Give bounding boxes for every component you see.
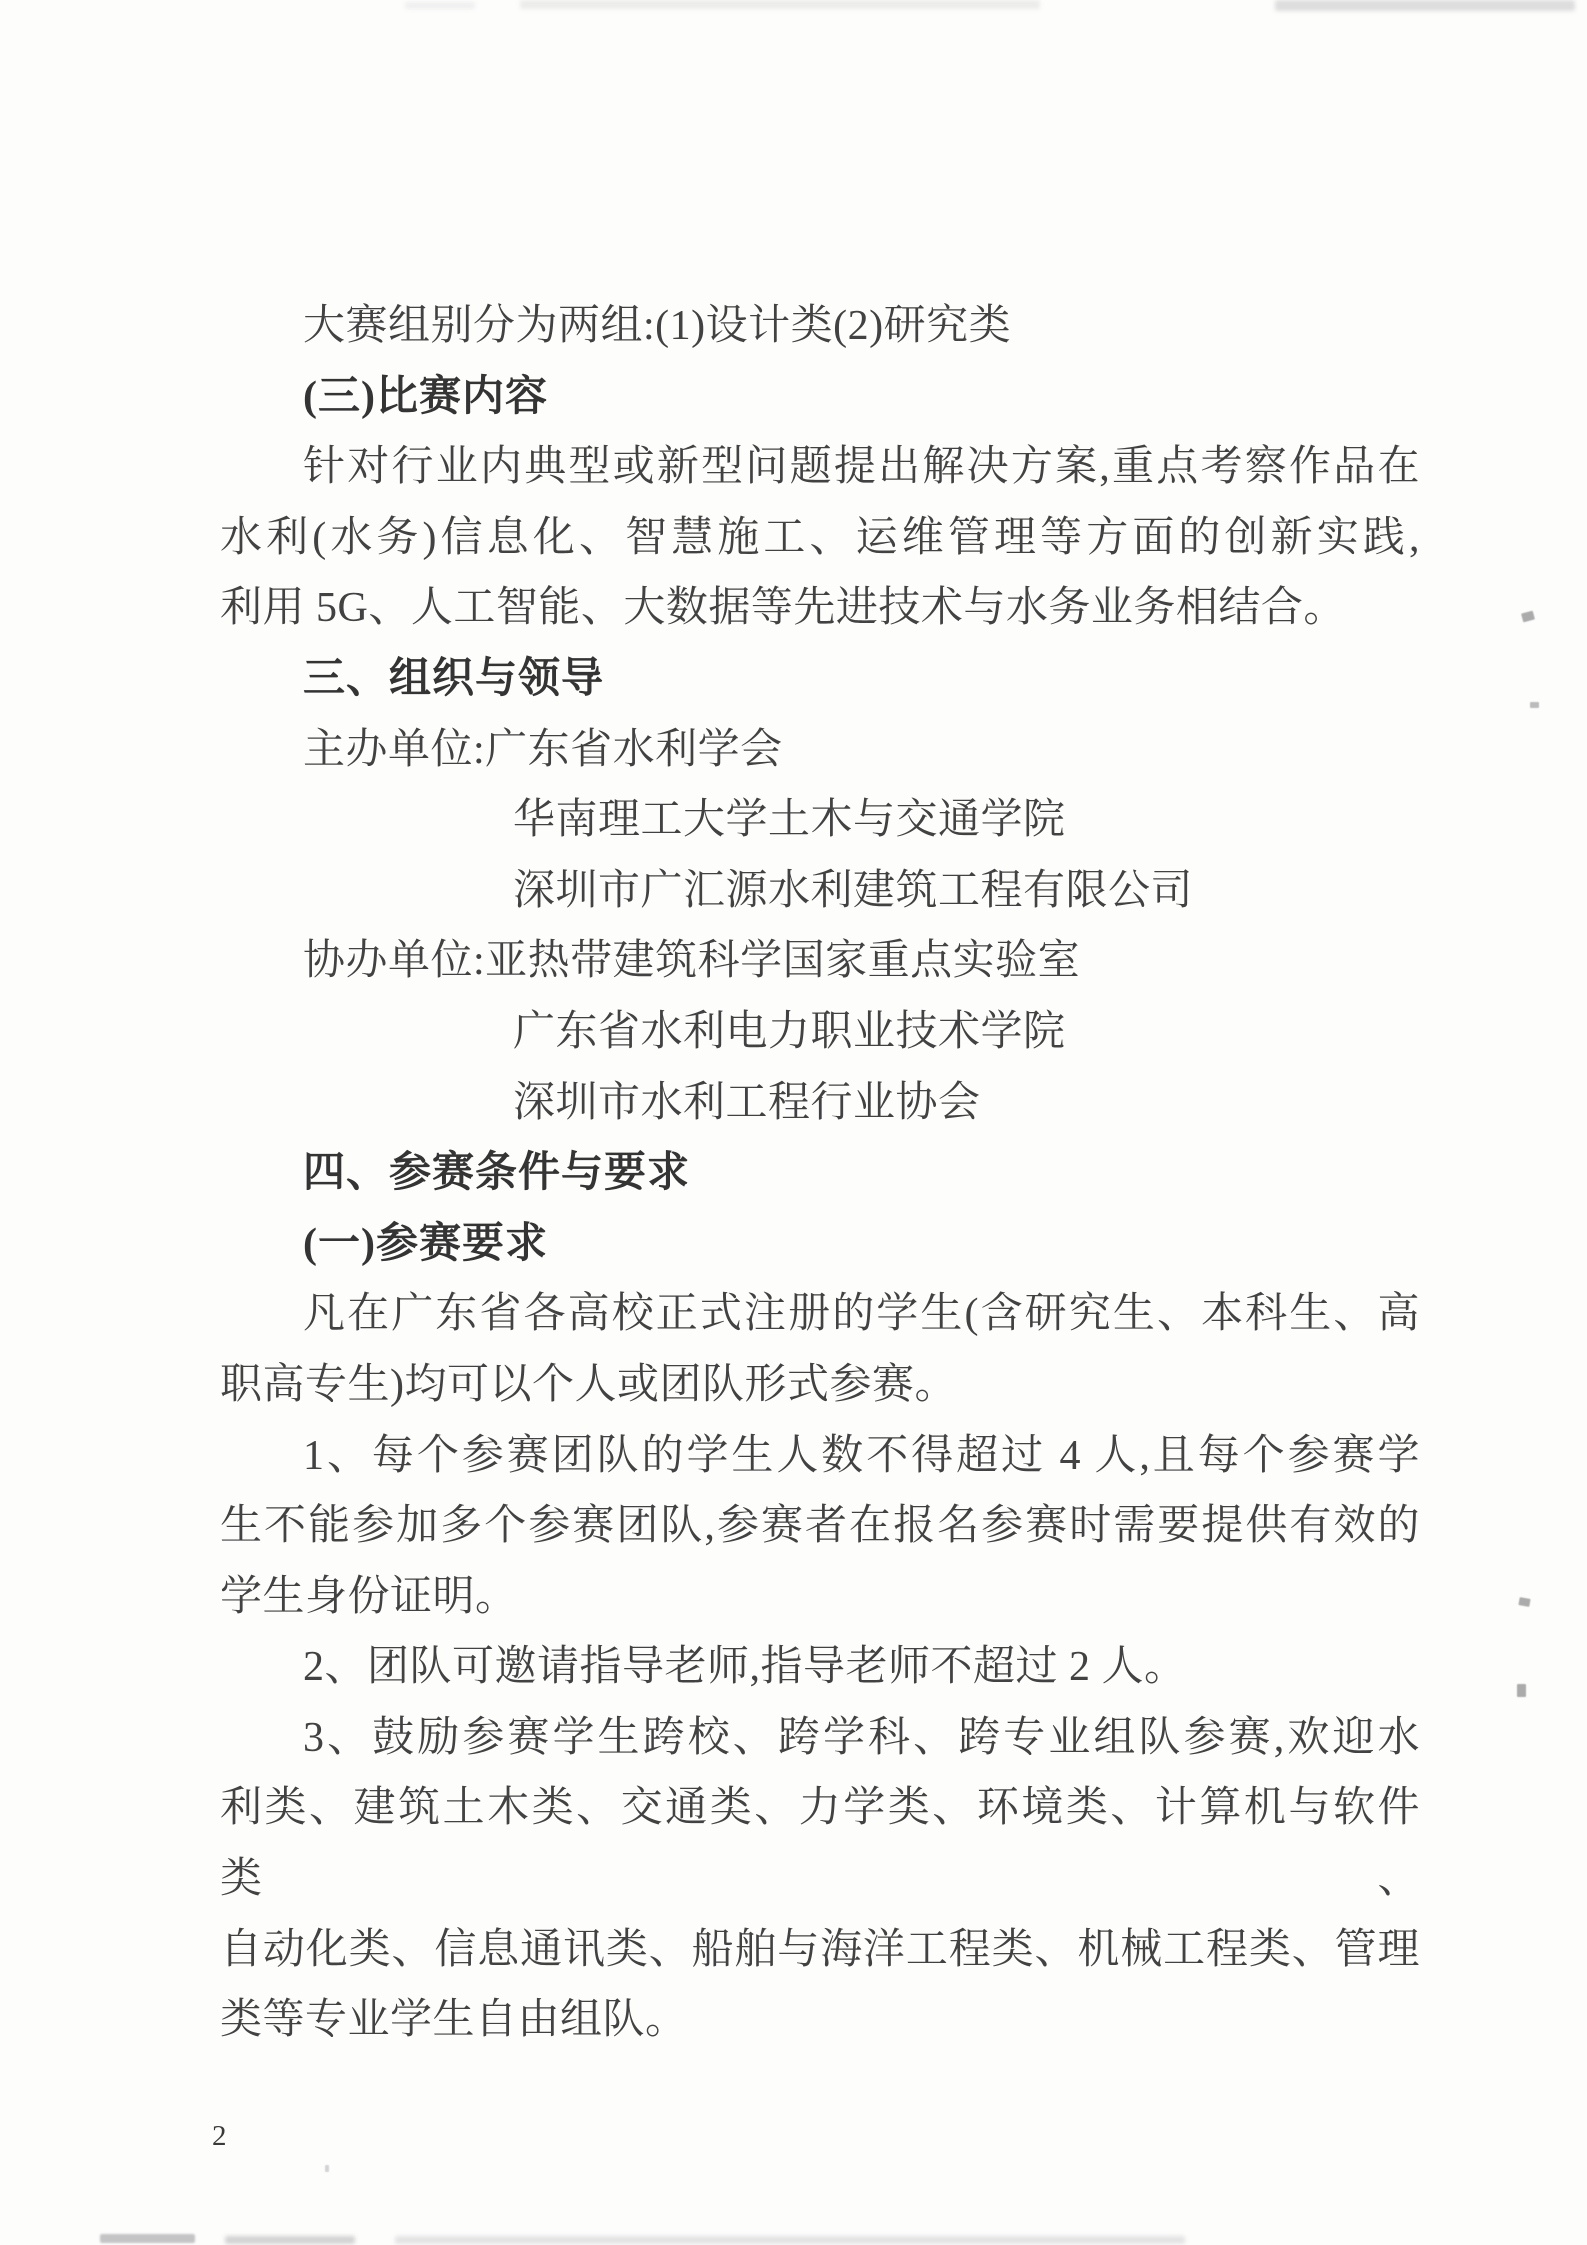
para-rule3-line: 类等专业学生自由组队。 [220,1985,1420,2056]
line-host-unit: 深圳市广汇源水利建筑工程有限公司 [220,856,1420,927]
scan-artifact-bottom [395,2236,1185,2244]
scan-artifact-top [405,2,475,9]
para-competition-content-line: 针对行业内典型或新型问题提出解决方案,重点考察作品在 [220,432,1420,503]
para-eligibility-line: 凡在广东省各高校正式注册的学生(含研究生、本科生、高 [220,1279,1420,1350]
para-eligibility-line: 职高专生)均可以个人或团队形式参赛。 [220,1350,1420,1421]
para-rule3-line: 3、鼓励参赛学生跨校、跨学科、跨专业组队参赛,欢迎水 [220,1703,1420,1774]
para-competition-content-line: 利用 5G、人工智能、大数据等先进技术与水务业务相结合。 [220,573,1420,644]
line-co-organizer-unit: 广东省水利电力职业技术学院 [220,997,1420,1068]
line-group-division: 大赛组别分为两组:(1)设计类(2)研究类 [220,291,1420,362]
scan-artifact-top [520,0,1040,9]
scan-speck [1521,611,1535,623]
heading-entry-conditions: 四、参赛条件与要求 [220,1138,1420,1209]
para-rule3-line: 利类、建筑土木类、交通类、力学类、环境类、计算机与软件类、 [220,1773,1420,1914]
scan-speck [1530,702,1539,708]
scan-artifact-bottom [100,2234,195,2243]
line-host-units: 主办单位:广东省水利学会 [220,715,1420,786]
line-co-organizer-unit: 深圳市水利工程行业协会 [220,1068,1420,1139]
line-co-organizer-units: 协办单位:亚热带建筑科学国家重点实验室 [220,926,1420,997]
para-competition-content-line: 水利(水务)信息化、智慧施工、运维管理等方面的创新实践, [220,503,1420,574]
scan-speck [325,2165,329,2172]
heading-competition-content: (三)比赛内容 [220,362,1420,433]
para-rule1-line: 生不能参加多个参赛团队,参赛者在报名参赛时需要提供有效的 [220,1491,1420,1562]
document-body: 大赛组别分为两组:(1)设计类(2)研究类 (三)比赛内容 针对行业内典型或新型… [220,291,1420,2056]
page-number: 2 [212,2120,227,2153]
scan-artifact-top [1275,0,1575,11]
scan-speck [1517,1684,1526,1697]
para-rule2-line: 2、团队可邀请指导老师,指导老师不超过 2 人。 [220,1632,1420,1703]
heading-entry-requirements: (一)参赛要求 [220,1209,1420,1280]
scanned-document-page: 大赛组别分为两组:(1)设计类(2)研究类 (三)比赛内容 针对行业内典型或新型… [0,0,1587,2245]
heading-organization-leadership: 三、组织与领导 [220,644,1420,715]
line-host-unit: 华南理工大学土木与交通学院 [220,785,1420,856]
para-rule3-line: 自动化类、信息通讯类、船舶与海洋工程类、机械工程类、管理 [220,1915,1420,1986]
para-rule1-line: 学生身份证明。 [220,1562,1420,1633]
scan-artifact-bottom [225,2236,355,2244]
para-rule1-line: 1、每个参赛团队的学生人数不得超过 4 人,且每个参赛学 [220,1421,1420,1492]
scan-speck [1518,1597,1530,1607]
